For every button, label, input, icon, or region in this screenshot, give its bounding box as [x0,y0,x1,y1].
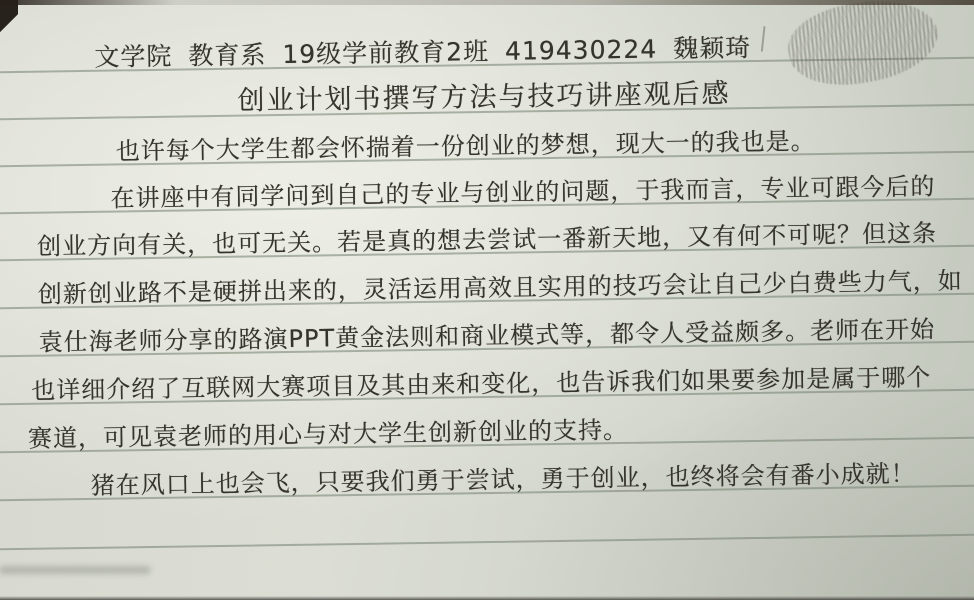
header-department: 教育系 [188,42,266,68]
essay-line: 猪在风口上也会飞，只要我们勇于尝试，勇于创业，也终将会有番小成就！ [90,440,916,503]
header-class: 19级学前教育2班 [282,39,489,67]
photo-top-edge [0,0,974,5]
ruled-line [0,534,974,550]
header-college: 文学院 [94,44,172,70]
photo-bottom-left-shadow [0,566,150,574]
photo-bottom-edge [0,596,974,600]
photo-corner-shadow [0,0,18,40]
notebook-page: 文学院 教育系 19级学前教育2班 419430224 魏颖琦 创业计划书撰写方… [0,0,974,600]
stray-pen-mark [761,26,766,52]
header-student-id: 419430224 [505,36,658,63]
photo-of-handwritten-essay: 文学院 教育系 19级学前教育2班 419430224 魏颖琦 创业计划书撰写方… [0,0,974,600]
header-student-name: 魏颖琦 [673,35,751,61]
